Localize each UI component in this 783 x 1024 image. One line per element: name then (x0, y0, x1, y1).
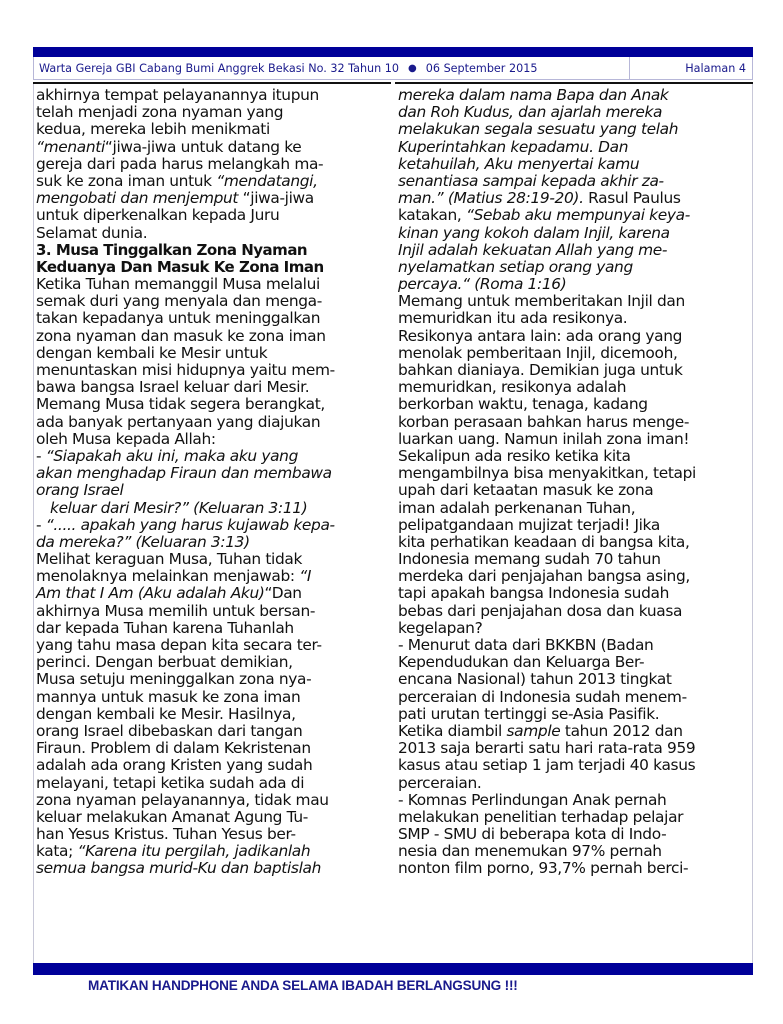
text-line: kinan yang kokoh dalam Injil, karena (398, 225, 750, 242)
text-line: mengobati dan menjemput “jiwa-jiwa (36, 190, 391, 207)
text-line: kata; “Karena itu pergilah, jadikanlah (36, 843, 391, 860)
italic-text-run: “..... apakah yang harus kujawab kepa- (46, 516, 335, 534)
text-line: Sekalipun ada resiko ketika kita (398, 448, 750, 465)
text-line: upah dari ketaatan masuk ke zona (398, 482, 750, 499)
text-line: bebas dari penjajahan dosa dan kuasa (398, 603, 750, 620)
text-line: Am that I Am (Aku adalah Aku)“Dan (36, 585, 391, 602)
text-line: - “..... apakah yang harus kujawab kepa- (36, 517, 391, 534)
text-line: Memang untuk memberitakan Injil dan (398, 293, 750, 310)
text-run: “jiwa-jiwa untuk datang ke (105, 138, 301, 156)
text-line: encana Nasional) tahun 2013 tingkat (398, 671, 750, 688)
text-run: tahun 2012 dan (560, 722, 682, 740)
text-line: perceraian di Indonesia sudah menem- (398, 689, 750, 706)
italic-text-run: sample (507, 722, 561, 740)
section-heading-line: Keduanya Dan Masuk Ke Zona Iman (36, 259, 391, 276)
text-line: telah menjadi zona nyaman yang (36, 104, 391, 121)
text-line: dengan kembali ke Mesir untuk (36, 345, 391, 362)
bullet-separator-icon: ● (408, 63, 417, 74)
text-line: - Menurut data dari BKKBN (Badan (398, 637, 750, 654)
italic-text-run: “Siapakah aku ini, maka aku yang (46, 447, 298, 465)
text-line: dar kepada Tuhan karena Tuhanlah (36, 620, 391, 637)
text-line: keluar dari Mesir?” (Keluaran 3:11) (36, 500, 391, 517)
text-line: nesia dan menemukan 97% pernah (398, 843, 750, 860)
text-line: merdeka dari penjajahan bangsa asing, (398, 568, 750, 585)
text-line: Kuperintahkan kepadamu. Dan (398, 139, 750, 156)
text-line: takan kepadanya untuk meninggalkan (36, 310, 391, 327)
text-line: korban perasaan bahkan harus menge- (398, 414, 750, 431)
right-column-text: mereka dalam nama Bapa dan Anakdan Roh K… (398, 87, 750, 878)
text-line: perinci. Dengan berbuat demikian, (36, 654, 391, 671)
left-column-text: akhirnya tempat pelayanannya itupuntelah… (36, 87, 391, 878)
text-line: memuridkan, resikonya adalah (398, 379, 750, 396)
text-line: mannya untuk masuk ke zona iman (36, 689, 391, 706)
text-line: kasus atau setiap 1 jam terjadi 40 kasus (398, 757, 750, 774)
text-line: kedua, mereka lebih menikmati (36, 121, 391, 138)
text-line: Injil adalah kekuatan Allah yang me- (398, 242, 750, 259)
text-line: berkorban waktu, tenaga, kadang (398, 396, 750, 413)
text-line: zona nyaman pelayanannya, tidak mau (36, 792, 391, 809)
text-run: - (36, 516, 46, 534)
italic-text-run: man.” (Matius 28:19-20). (398, 189, 584, 207)
text-run: katakan, (398, 206, 466, 224)
text-line: pelipatgandaan mujizat terjadi! Jika (398, 517, 750, 534)
section-heading-line: 3. Musa Tinggalkan Zona Nyaman (36, 242, 391, 259)
text-line: zona nyaman dan masuk ke zona iman (36, 328, 391, 345)
text-line: Ketika diambil sample tahun 2012 dan (398, 723, 750, 740)
text-line: memuridkan itu ada resikonya. (398, 310, 750, 327)
text-line: - Komnas Perlindungan Anak pernah (398, 792, 750, 809)
text-line: gereja dari pada harus melangkah ma- (36, 156, 391, 173)
text-run: “Dan (265, 584, 302, 602)
text-line: adalah ada orang Kristen yang sudah (36, 757, 391, 774)
text-run: menolaknya melainkan menjawab: (36, 567, 299, 585)
text-line: mereka dalam nama Bapa dan Anak (398, 87, 750, 104)
left-column-top-rule (33, 82, 391, 84)
text-line: Kependudukan dan Keluarga Ber- (398, 654, 750, 671)
text-line: untuk diperkenalkan kepada Juru (36, 207, 391, 224)
text-line: semua bangsa murid-Ku dan baptislah (36, 860, 391, 877)
text-line: Indonesia memang sudah 70 tahun (398, 551, 750, 568)
header-band (33, 47, 753, 57)
text-line: mengambilnya bisa menyakitkan, tetapi (398, 465, 750, 482)
publication-date: 06 September 2015 (426, 62, 538, 75)
page-header: Warta Gereja GBI Cabang Bumi Anggrek Bek… (33, 57, 753, 80)
text-line: dan Roh Kudus, dan ajarlah mereka (398, 104, 750, 121)
text-line: da mereka?” (Keluaran 3:13) (36, 534, 391, 551)
text-line: bahkan dianiaya. Demikian juga untuk (398, 362, 750, 379)
text-line: SMP - SMU di beberapa kota di Indo- (398, 826, 750, 843)
text-line: orang Israel dibebaskan dari tangan (36, 723, 391, 740)
text-line: 2013 saja berarti satu hari rata-rata 95… (398, 740, 750, 757)
text-line: yang tahu masa depan kita secara ter- (36, 637, 391, 654)
italic-text-run: “Sebab aku mempunyai keya- (466, 206, 690, 224)
text-line: nonton film porno, 93,7% pernah berci- (398, 860, 750, 877)
text-line: orang Israel (36, 482, 391, 499)
text-run: suk ke zona iman untuk (36, 172, 216, 190)
text-line: kita perhatikan keadaan di bangsa kita, (398, 534, 750, 551)
text-line: Melihat keraguan Musa, Tuhan tidak (36, 551, 391, 568)
text-run: Ketika diambil (398, 722, 507, 740)
italic-text-run: “I (299, 567, 311, 585)
text-line: Resikonya antara lain: ada orang yang (398, 328, 750, 345)
italic-text-run: “mendatangi, (216, 172, 317, 190)
right-column-top-rule (395, 82, 753, 84)
italic-text-run: Am that I Am (Aku adalah Aku) (36, 584, 265, 602)
text-run: - (36, 447, 46, 465)
text-line: akan menghadap Firaun dan membawa (36, 465, 391, 482)
text-line: katakan, “Sebab aku mempunyai keya- (398, 207, 750, 224)
text-line: ada banyak pertanyaan yang diajukan (36, 414, 391, 431)
text-line: akhirnya tempat pelayanannya itupun (36, 87, 391, 104)
text-line: melakukan penelitian terhadap pelajar (398, 809, 750, 826)
italic-text-run: “Karena itu pergilah, jadikanlah (78, 842, 311, 860)
text-line: semak duri yang menyala dan menga- (36, 293, 391, 310)
text-line: Musa setuju meninggalkan zona nya- (36, 671, 391, 688)
text-run: “jiwa-jiwa (238, 189, 314, 207)
text-line: Memang Musa tidak segera berangkat, (36, 396, 391, 413)
text-line: keluar melakukan Amanat Agung Tu- (36, 809, 391, 826)
text-line: menuntaskan misi hidupnya yaitu mem- (36, 362, 391, 379)
text-line: dengan kembali ke Mesir. Hasilnya, (36, 706, 391, 723)
text-line: menolaknya melainkan menjawab: “I (36, 568, 391, 585)
header-publication-info: Warta Gereja GBI Cabang Bumi Anggrek Bek… (34, 57, 630, 79)
page-number: Halaman 4 (630, 62, 752, 75)
text-line: perceraian. (398, 775, 750, 792)
text-line: Firaun. Problem di dalam Kekristenan (36, 740, 391, 757)
text-line: ketahuilah, Aku menyertai kamu (398, 156, 750, 173)
text-run: Rasul Paulus (584, 189, 681, 207)
text-line: tapi apakah bangsa Indonesia sudah (398, 585, 750, 602)
text-line: pati urutan tertinggi se-Asia Pasifik. (398, 706, 750, 723)
text-line: iman adalah perkenanan Tuhan, (398, 500, 750, 517)
italic-text-run: mengobati dan menjemput (36, 189, 238, 207)
italic-text-run: “menanti (36, 138, 105, 156)
text-line: bawa bangsa Israel keluar dari Mesir. (36, 379, 391, 396)
text-run: kata; (36, 842, 78, 860)
text-line: Selamat dunia. (36, 225, 391, 242)
text-line: melayani, tetapi ketika sudah ada di (36, 775, 391, 792)
text-line: nyelamatkan setiap orang yang (398, 259, 750, 276)
text-line: han Yesus Kristus. Tuhan Yesus ber- (36, 826, 391, 843)
text-line: senantiasa sampai kepada akhir za- (398, 173, 750, 190)
text-line: suk ke zona iman untuk “mendatangi, (36, 173, 391, 190)
text-line: kegelapan? (398, 620, 750, 637)
text-line: Ketika Tuhan memanggil Musa melalui (36, 276, 391, 293)
text-line: percaya.“ (Roma 1:16) (398, 276, 750, 293)
text-line: akhirnya Musa memilih untuk bersan- (36, 603, 391, 620)
text-line: oleh Musa kepada Allah: (36, 431, 391, 448)
footer-band (33, 963, 753, 975)
text-line: melakukan segala sesuatu yang telah (398, 121, 750, 138)
text-line: luarkan uang. Namun inilah zona iman! (398, 431, 750, 448)
text-line: man.” (Matius 28:19-20). Rasul Paulus (398, 190, 750, 207)
footer-notice: MATIKAN HANDPHONE ANDA SELAMA IBADAH BER… (88, 978, 518, 993)
publication-title: Warta Gereja GBI Cabang Bumi Anggrek Bek… (39, 62, 399, 75)
text-line: “menanti“jiwa-jiwa untuk datang ke (36, 139, 391, 156)
text-line: menolak pemberitaan Injil, dicemooh, (398, 345, 750, 362)
text-line: - “Siapakah aku ini, maka aku yang (36, 448, 391, 465)
